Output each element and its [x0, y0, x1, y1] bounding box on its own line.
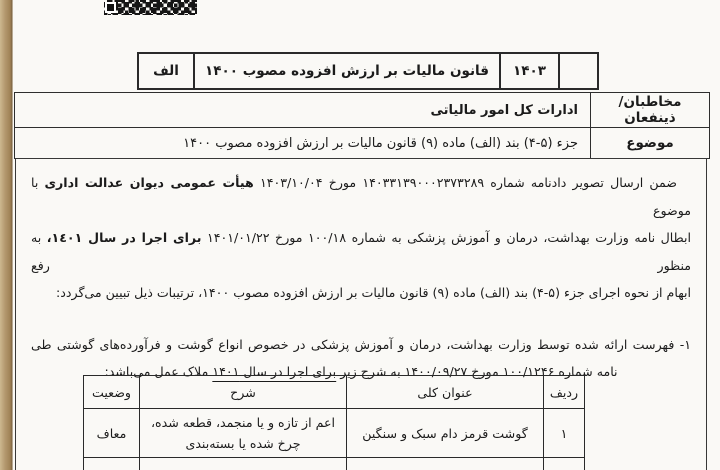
qr-position-marker — [105, 2, 116, 13]
header-year-cell: ۱۴۰۳ — [500, 53, 559, 89]
p1-text: ابطال نامه وزارت بهداشت، درمان و آموزش پ… — [207, 230, 691, 245]
item-1-line-1: ۱- فهرست ارائه شده توسط وزارت بهداشت، در… — [31, 331, 691, 359]
header-alef-cell: الف — [138, 53, 194, 89]
p1-bold-execution-year: برای اجرا در سال ۱٤۰۱، — [47, 230, 202, 245]
header-empty-cell — [559, 53, 598, 89]
subject-value: جزء (۵-۴) بند (الف) ماده (۹) قانون مالیا… — [15, 128, 591, 159]
p1-bold-court: هیأت عمومی دیوان عدالت اداری — [45, 175, 254, 190]
paragraph-1-line-2: ابطال نامه وزارت بهداشت، درمان و آموزش پ… — [31, 224, 691, 279]
recipients-label: مخاطبان/ ذینفعان — [591, 93, 710, 128]
cell-status — [84, 458, 140, 470]
cell-description — [140, 458, 347, 470]
table-row: ۱ گوشت قرمز دام سبک و سنگین اعم از تازه … — [84, 409, 585, 458]
cell-status: معاف — [84, 409, 140, 458]
paragraph-1: ضمن ارسال تصویر دادنامه شماره ۱۴۰۳۳۱۳۹۰۰… — [31, 169, 691, 307]
header-general-title: عنوان کلی — [347, 376, 544, 409]
goods-table-header-row: ردیف عنوان کلی شرح وضعیت — [84, 376, 585, 409]
subject-label: موضوع — [591, 128, 710, 159]
subject-row: موضوع جزء (۵-۴) بند (الف) ماده (۹) قانون… — [15, 128, 710, 159]
recipients-subject-table: مخاطبان/ ذینفعان ادارات کل امور مالیاتی … — [14, 92, 710, 159]
header-law-title-cell: قانون مالیات بر ارزش افزوده مصوب ۱۴۰۰ — [194, 53, 500, 89]
header-status: وضعیت — [84, 376, 140, 409]
cell-row-number: ۱ — [544, 409, 585, 458]
scanned-tax-circular-document: ۱۴۰۳ قانون مالیات بر ارزش افزوده مصوب ۱۴… — [0, 0, 720, 470]
cell-row-number — [544, 458, 585, 470]
table-row-partial-cutoff — [84, 458, 585, 470]
header-description: شرح — [140, 376, 347, 409]
paragraph-1-line-3: ابهام از نحوه اجرای جزء (۵-۴) بند (الف) … — [31, 279, 691, 307]
cell-general-title: گوشت قرمز دام سبک و سنگین — [347, 409, 544, 458]
paragraph-1-line-1: ضمن ارسال تصویر دادنامه شماره ۱۴۰۳۳۱۳۹۰۰… — [31, 169, 691, 224]
meat-exemption-table: ردیف عنوان کلی شرح وضعیت ۱ گوشت قرمز دام… — [83, 375, 585, 470]
recipients-value: ادارات کل امور مالیاتی — [15, 93, 591, 128]
p1-text: ضمن ارسال تصویر دادنامه شماره ۱۴۰۳۳۱۳۹۰۰… — [260, 175, 677, 190]
classification-header-table: ۱۴۰۳ قانون مالیات بر ارزش افزوده مصوب ۱۴… — [137, 52, 599, 90]
qr-code-icon — [104, 0, 197, 15]
header-row-number: ردیف — [544, 376, 585, 409]
recipients-row: مخاطبان/ ذینفعان ادارات کل امور مالیاتی — [15, 93, 710, 128]
page-binding-edge — [0, 0, 13, 470]
cell-general-title — [347, 458, 544, 470]
cell-description: اعم از تازه و یا منجمد، قطعه شده، چرخ شد… — [140, 409, 347, 458]
